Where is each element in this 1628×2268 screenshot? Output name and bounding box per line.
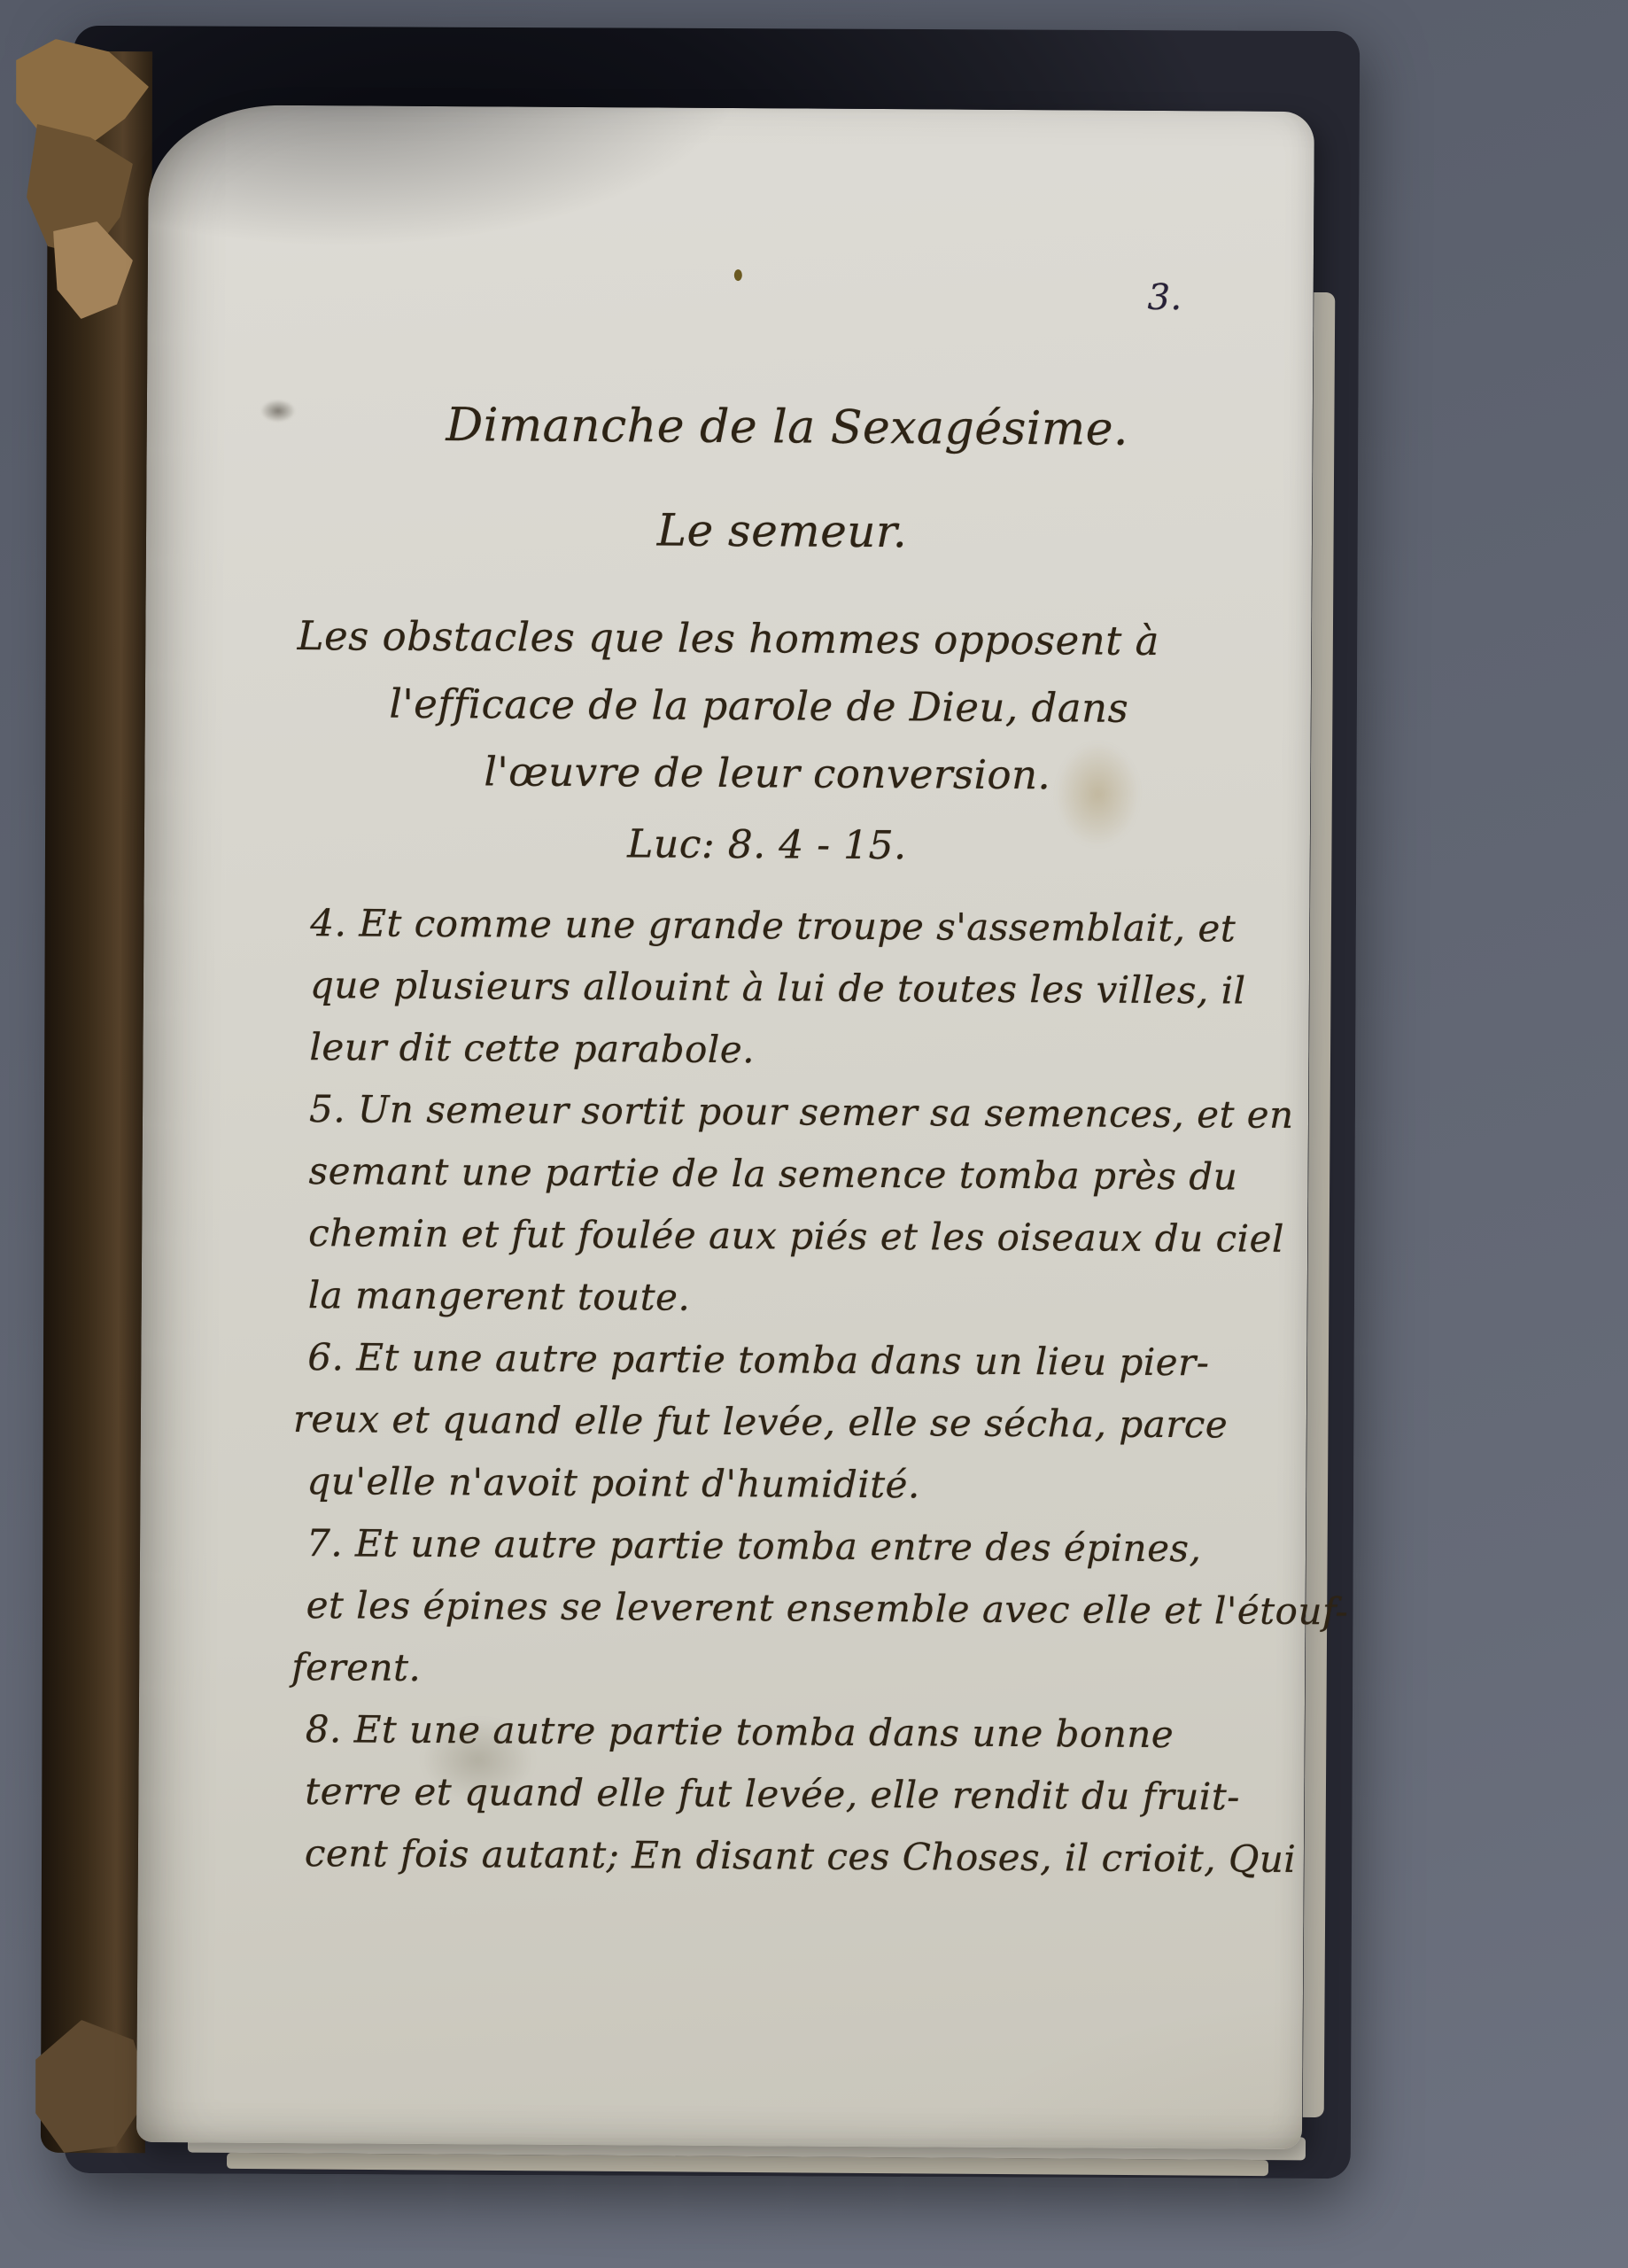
summary-block: Les obstacles que les hommes opposent à … (144, 611, 1311, 820)
verse-line: terre et quand elle fut levée, elle rend… (305, 1769, 1323, 1837)
verse-line: la mangerent toute. (308, 1273, 1327, 1341)
verse-line: qu'elle n'avoit point d'humidité. (306, 1459, 1325, 1527)
verse-line: 7. Et une autre partie tomba entre des é… (306, 1521, 1325, 1589)
summary-line: l'efficace de la parole de Dieu, dans (145, 679, 1311, 753)
verse-line: ferent. (291, 1645, 1324, 1713)
verse-line: 6. Et une autre partie tomba dans un lie… (307, 1335, 1326, 1403)
verse-line: 4. Et comme une grande troupe s'assembla… (310, 901, 1329, 969)
photo-scene: 3. Dimanche de la Sexagésime. Le semeur.… (0, 0, 1628, 2268)
verse-body: 4. Et comme une grande troupe s'assembla… (305, 901, 1330, 1899)
verse-line: 5. Un semeur sortit pour semer sa semenc… (309, 1087, 1328, 1155)
verse-line: reux et quand elle fut levée, elle se sé… (293, 1397, 1326, 1465)
summary-line: Les obstacles que les hommes opposent à (145, 611, 1311, 686)
verse-line: leur dit cette parabole. (309, 1025, 1328, 1093)
verse-line: et les épines se leverent ensemble avec … (306, 1583, 1324, 1651)
book-cover-edge (41, 51, 152, 2153)
verse-line: chemin et fut foulée aux piés et les ois… (308, 1211, 1327, 1279)
heading-line-2: Le semeur. (146, 501, 1312, 560)
page-number: 3. (1147, 277, 1182, 318)
verse-line: 8. Et une autre partie tomba dans une bo… (306, 1707, 1324, 1775)
scripture-reference: Luc: 8. 4 - 15. (144, 819, 1310, 871)
verse-line: semant une partie de la semence tomba pr… (308, 1149, 1327, 1217)
verse-line: cent fois autant; En disant ces Choses, … (305, 1831, 1323, 1899)
summary-line: l'œuvre de leur conversion. (144, 746, 1310, 820)
ink-speck (734, 269, 742, 281)
manuscript-page: 3. Dimanche de la Sexagésime. Le semeur.… (136, 105, 1314, 2149)
heading-line-1: Dimanche de la Sexagésime. (147, 397, 1313, 457)
verse-line: que plusieurs allouint à lui de toutes l… (310, 963, 1329, 1031)
